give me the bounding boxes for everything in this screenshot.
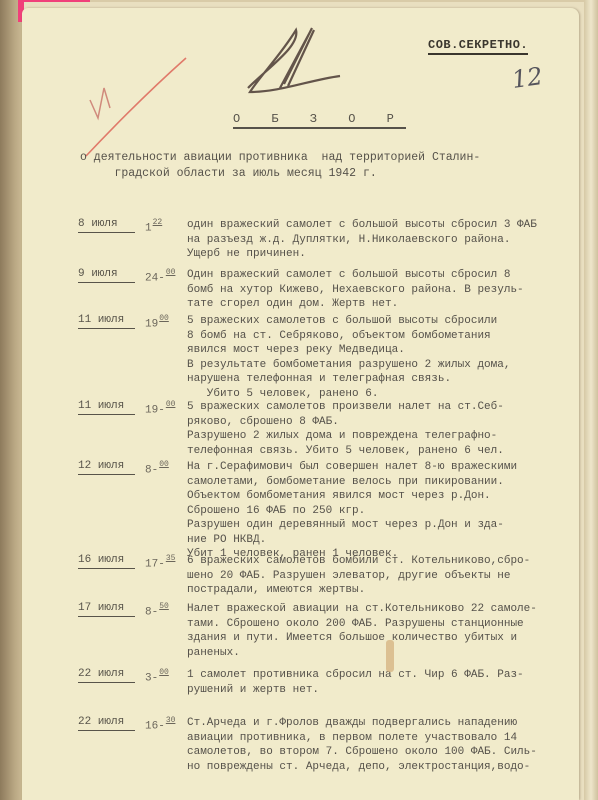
red-pencil-mark xyxy=(70,50,200,160)
classification-stamp: СОВ.СЕКРЕТНО. xyxy=(428,38,528,55)
document-subtitle: о деятельности авиации противника над те… xyxy=(80,150,550,182)
document-title: О Б З О Р xyxy=(233,112,406,129)
entry-text: 5 вражеских самолетов произвели налет на… xyxy=(187,400,557,458)
paper-stain xyxy=(386,640,394,672)
entry-text: 6 вражеских самолетов бомбили ст. Котель… xyxy=(187,554,557,598)
entry-date: 22 июля xyxy=(78,716,135,731)
entry-date: 12 июля xyxy=(78,460,135,475)
entry-time: 8-00 xyxy=(145,460,169,478)
entry-text: Ст.Арчеда и г.Фролов дважды подвергались… xyxy=(187,716,557,774)
folder-right-edge xyxy=(584,0,598,800)
entry-text: На г.Серафимович был совершен налет 8-ю … xyxy=(187,460,557,562)
entry-time: 122 xyxy=(145,218,162,236)
entry-date: 17 июля xyxy=(78,602,135,617)
entry-text: 1 самолет противника сбросил на ст. Чир … xyxy=(187,668,557,697)
entry-text: Один вражеский самолет с большой высоты … xyxy=(187,268,557,312)
entry-text: Налет вражеской авиации на ст.Котельнико… xyxy=(187,602,557,660)
entry-date: 11 июля xyxy=(78,400,135,415)
entry-date: 22 июля xyxy=(78,668,135,683)
folder-binding xyxy=(0,0,24,800)
entry-time: 19-00 xyxy=(145,400,175,418)
signature-mark xyxy=(240,26,350,106)
entry-time: 17-35 xyxy=(145,554,175,572)
entry-time: 3-00 xyxy=(145,668,169,686)
entry-time: 16-30 xyxy=(145,716,175,734)
entry-time: 1900 xyxy=(145,314,169,332)
entry-time: 8-50 xyxy=(145,602,169,620)
entry-text: один вражеский самолет с большой высоты … xyxy=(187,218,557,262)
entry-date: 9 июля xyxy=(78,268,135,283)
entry-date: 16 июля xyxy=(78,554,135,569)
page-number: 12 xyxy=(510,62,544,94)
entry-date: 8 июля xyxy=(78,218,135,233)
entry-time: 24-00 xyxy=(145,268,175,286)
entry-date: 11 июля xyxy=(78,314,135,329)
entry-text: 5 вражеских самолетов с большой высоты с… xyxy=(187,314,557,401)
